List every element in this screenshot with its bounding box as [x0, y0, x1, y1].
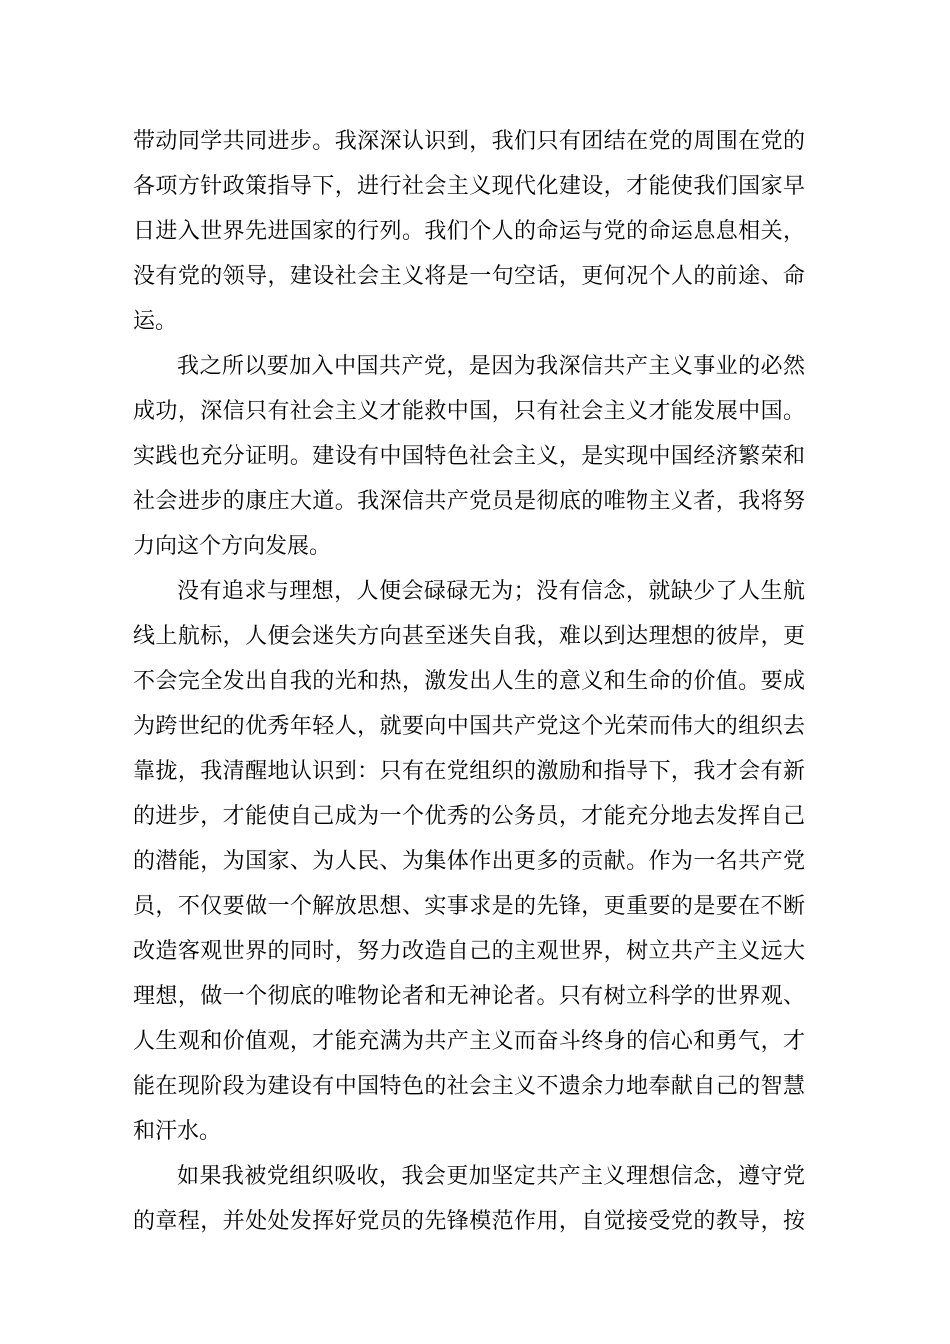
- paragraph-2: 我之所以要加入中国共产党，是因为我深信共产主义事业的必然成功，深信只有社会主义才…: [133, 343, 805, 568]
- paragraph-1: 带动同学共同进步。我深深认识到，我们只有团结在党的周围在党的各项方针政策指导下，…: [133, 118, 805, 343]
- document-page: 带动同学共同进步。我深深认识到，我们只有团结在党的周围在党的各项方针政策指导下，…: [0, 0, 950, 1344]
- document-text-block: 带动同学共同进步。我深深认识到，我们只有团结在党的周围在党的各项方针政策指导下，…: [133, 118, 805, 1243]
- paragraph-3: 没有追求与理想，人便会碌碌无为；没有信念，就缺少了人生航线上航标，人便会迷失方向…: [133, 568, 805, 1153]
- paragraph-4: 如果我被党组织吸收，我会更加坚定共产主义理想信念，遵守党的章程，并处处发挥好党员…: [133, 1153, 805, 1243]
